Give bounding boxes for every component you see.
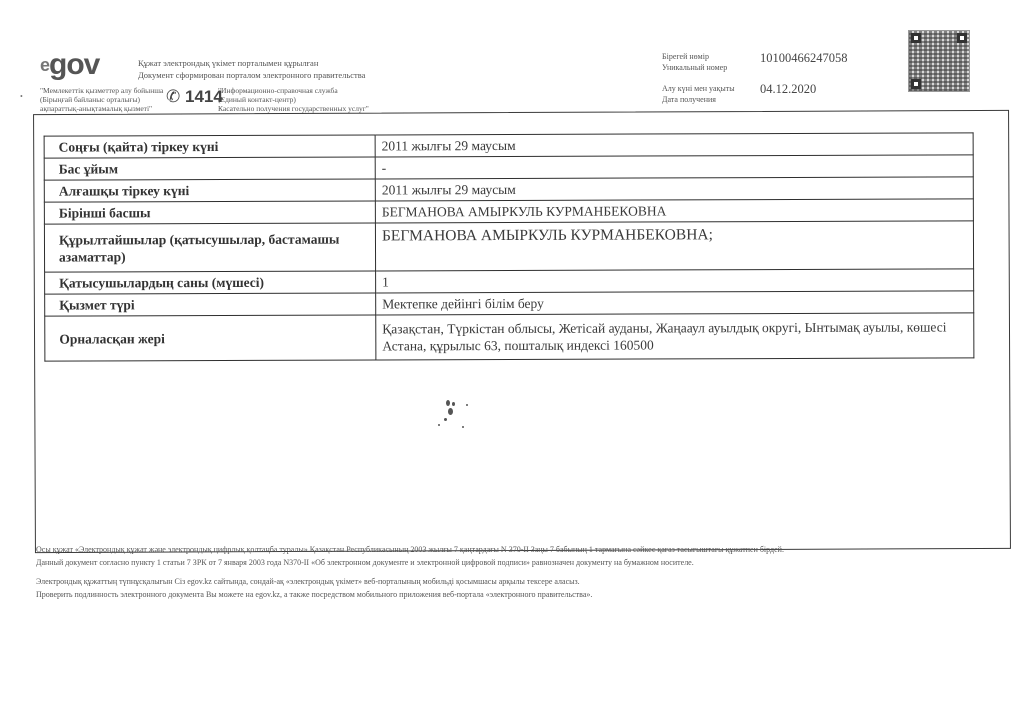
table-row: Қатысушылардың саны (мүшесі) 1: [45, 269, 974, 294]
row-value: 2011 жылғы 29 маусым: [375, 133, 973, 157]
date-received-value: 04.12.2020: [760, 82, 816, 97]
row-value: 2011 жылғы 29 маусым: [375, 177, 973, 201]
table-row: Орналасқан жері Қазақстан, Түркістан обл…: [45, 313, 974, 361]
date-received-label: Алу күні мен уақыты Дата получения: [662, 83, 735, 105]
portal-caption-ru: Документ сформирован порталом электронно…: [138, 70, 365, 80]
table-row: Құрылтайшылар (қатысушылар, бастамашы аз…: [44, 221, 973, 272]
row-label: Бас ұйым: [44, 157, 375, 180]
row-label: Қызмет түрі: [45, 293, 376, 316]
row-label: Қатысушылардың саны (мүшесі): [45, 271, 376, 294]
qr-code-icon: [908, 30, 970, 92]
phone-icon: ✆: [166, 87, 180, 106]
row-value: 1: [376, 269, 974, 293]
scan-artifact: [432, 396, 472, 431]
unique-number-label: Бірегей нөмір Уникальный номер: [662, 51, 727, 73]
table-row: Бірінші басшы БЕГМАНОВА АМЫРКУЛЬ КУРМАНБ…: [44, 199, 973, 224]
contact-phone: ✆ 1414: [166, 87, 223, 107]
row-label: Алғашқы тіркеу күні: [44, 179, 375, 202]
registration-info-table: Соңғы (қайта) тіркеу күні 2011 жылғы 29 …: [44, 132, 975, 361]
footer-legal-ru: Данный документ согласно пункту 1 статьи…: [36, 558, 694, 567]
unique-number-value: 10100466247058: [760, 51, 848, 66]
row-value: Мектепке дейінгі білім беру: [376, 291, 974, 315]
qr-finder-bottom-left: [911, 79, 921, 89]
row-value: БЕГМАНОВА АМЫРКУЛЬ КУРМАНБЕКОВНА: [375, 199, 973, 223]
document-header: • egov Құжат электрондық үкімет порталым…: [0, 0, 1024, 125]
service-caption-kz: "Мемлекеттік қызметтер алу бойынша (Біры…: [40, 86, 163, 113]
bullet-mark: •: [20, 92, 23, 101]
table-row: Алғашқы тіркеу күні 2011 жылғы 29 маусым: [44, 177, 973, 202]
qr-finder-top-right: [957, 33, 967, 43]
footer-verify-ru: Проверить подлинность электронного докум…: [36, 590, 592, 599]
row-value: Қазақстан, Түркістан облысы, Жетісай ауд…: [376, 313, 974, 360]
row-value: БЕГМАНОВА АМЫРКУЛЬ КУРМАНБЕКОВНА;: [375, 221, 973, 271]
service-caption-ru: "Информационно-справочная служба (Единый…: [218, 86, 369, 113]
row-label: Соңғы (қайта) тіркеу күні: [44, 135, 375, 158]
footer-legal-kz: Осы құжат «Электрондық құжат және электр…: [36, 545, 784, 554]
footer-verify-kz: Электрондық құжаттың түпнұсқалығын Сіз e…: [36, 577, 580, 586]
logo-prefix: e: [40, 55, 49, 75]
table-row: Соңғы (қайта) тіркеу күні 2011 жылғы 29 …: [44, 133, 973, 158]
row-label: Құрылтайшылар (қатысушылар, бастамашы аз…: [44, 223, 375, 272]
portal-caption-kz: Құжат электрондық үкімет порталымен құры…: [138, 58, 318, 68]
row-label: Бірінші басшы: [44, 201, 375, 224]
logo-text: gov: [49, 48, 99, 81]
egov-logo: egov: [40, 50, 99, 80]
table-row: Қызмет түрі Мектепке дейінгі білім беру: [45, 291, 974, 316]
table-row: Бас ұйым -: [44, 155, 973, 180]
row-label: Орналасқан жері: [45, 315, 376, 361]
qr-finder-top-left: [911, 33, 921, 43]
row-value: -: [375, 155, 973, 179]
